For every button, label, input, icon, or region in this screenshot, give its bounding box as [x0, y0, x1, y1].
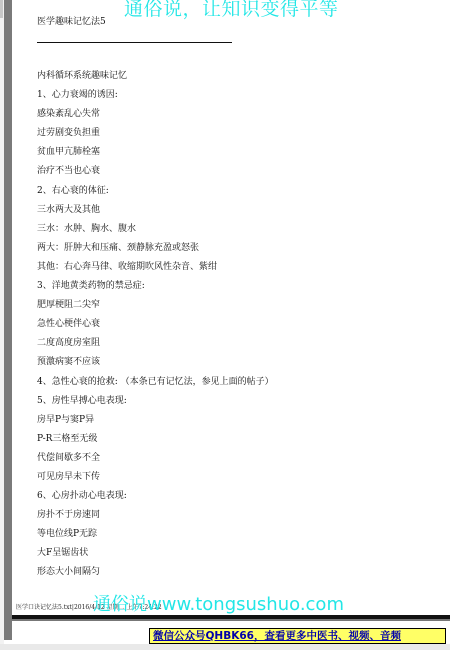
- item-heading: 3、洋地黄类药物的禁忌症:: [37, 280, 274, 299]
- item-heading: 4、急性心衰的抢救: （本条已有记忆法，参见上面的帖子）: [37, 376, 274, 395]
- text-line: 二度高度房室阻: [37, 337, 274, 356]
- text-line: 预激病窦不应该: [37, 356, 274, 375]
- text-line: 房早P与窦P异: [37, 414, 274, 433]
- text-line: 三水两大及其他: [37, 204, 274, 223]
- document-page: 医学趣味记忆法5 内科循环系统趣味记忆 1、心力衰竭的诱因: 感染紊乱心失常 过…: [12, 0, 450, 612]
- viewer-gutter: [4, 0, 12, 640]
- text-line: 代偿间歇多不全: [37, 452, 274, 471]
- text-line: 急性心梗伴心衰: [37, 318, 274, 337]
- text-line: 治疗不当也心衰: [37, 165, 274, 184]
- text-line: 其他：右心奔马律、收缩期吹风性杂音、紫绀: [37, 261, 274, 280]
- document-title: 医学趣味记忆法5: [37, 14, 106, 27]
- text-line: 感染紊乱心失常: [37, 108, 274, 127]
- text-line: P-R三格至无级: [37, 433, 274, 452]
- section-heading: 内科循环系统趣味记忆: [37, 70, 274, 89]
- watermark-slogan: 通俗说，让知识变得平等: [124, 0, 339, 21]
- document-body: 内科循环系统趣味记忆 1、心力衰竭的诱因: 感染紊乱心失常 过劳剧变负担重 贫血…: [37, 70, 274, 586]
- item-heading: 2、右心衰的体征:: [37, 185, 274, 204]
- text-line: 过劳剧变负担重: [37, 127, 274, 146]
- viewer-toolbar: [0, 644, 450, 650]
- text-line: 贫血甲亢肺栓塞: [37, 146, 274, 165]
- wechat-banner: 微信公众号QHBK66，查看更多中医书、视频、音频: [149, 628, 446, 644]
- text-line: 三水：水肿、胸水、腹水: [37, 223, 274, 242]
- title-rule: [37, 42, 232, 43]
- text-line: 等电位线P无踪: [37, 528, 274, 547]
- item-heading: 1、心力衰竭的诱因:: [37, 89, 274, 108]
- text-line: 大F呈锯齿状: [37, 547, 274, 566]
- text-line: 肥厚梗阻二尖窄: [37, 299, 274, 318]
- text-line: 形态大小间隔匀: [37, 566, 274, 585]
- watermark-url: 通俗说www.tongsushuo.com: [93, 590, 344, 616]
- text-line: 房扑不于房速同: [37, 509, 274, 528]
- scrollbar-thumb[interactable]: [0, 0, 3, 18]
- text-line: 两大：肝肿大和压痛、颈静脉充盈或怒张: [37, 242, 274, 261]
- item-heading: 5、房性早搏心电表现:: [37, 395, 274, 414]
- text-line: 可见房早未下传: [37, 471, 274, 490]
- item-heading: 6、心房扑动心电表现:: [37, 490, 274, 509]
